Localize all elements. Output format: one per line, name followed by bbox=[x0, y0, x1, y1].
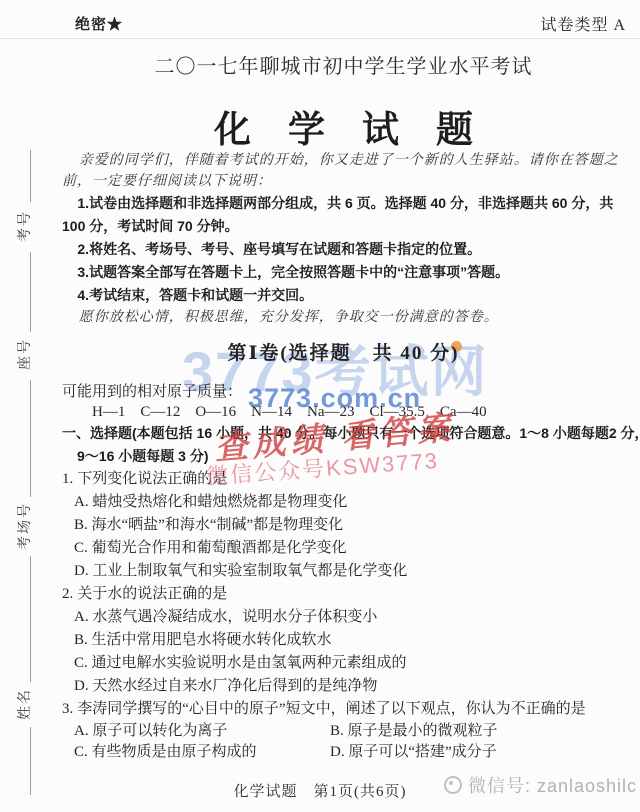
classification-label: 绝密★ bbox=[75, 13, 123, 34]
question-3-option-a: A. 原子可以转化为离子 bbox=[74, 721, 330, 742]
notice-item-2: 2.将姓名、考场号、考号、座号填写在试题和答题卡指定的位置。 bbox=[62, 238, 625, 261]
question-2: 2.关于水的说法正确的是 A. 水蒸气遇冷凝结成水，说明水分子体积变小 B. 生… bbox=[62, 583, 625, 698]
question-2-stem: 关于水的说法正确的是 bbox=[77, 586, 227, 602]
question-2-option-b: B. 生活中常用肥皂水将硬水转化成软水 bbox=[62, 629, 625, 652]
question-1-option-b: B. 海水“晒盐”和海水“制碱”都是物理变化 bbox=[62, 514, 625, 537]
atomic-mass-label: 可能用到的相对原子质量： bbox=[62, 382, 625, 402]
notice-item-3: 3.试题答案全部写在答题卡上，完全按照答题卡中的“注意事项”答题。 bbox=[62, 261, 625, 284]
question-2-option-d: D. 天然水经过自来水厂净化后得到的是纯净物 bbox=[62, 675, 625, 698]
question-3-number: 3. bbox=[62, 701, 73, 717]
question-1-stem: 下列变化说法正确的是 bbox=[77, 471, 227, 487]
subject-title: 化 学 试 题 bbox=[62, 99, 625, 153]
notice-item-1: 1.试卷由选择题和非选择题两部分组成，共 6 页。选择题 40 分，非选择题共 … bbox=[62, 192, 625, 238]
notice-item-4: 4.考试结束，答题卡和试题一并交回。 bbox=[62, 284, 625, 307]
question-3-option-d: D. 原子可以“搭建”成分子 bbox=[330, 742, 625, 763]
paper-type-label: 试卷类型 A bbox=[540, 12, 626, 35]
question-3-option-b: B. 原子是最小的微观粒子 bbox=[330, 721, 625, 742]
question-2-number: 2. bbox=[62, 586, 73, 602]
header-divider bbox=[0, 38, 640, 39]
question-2-option-c: C. 通过电解水实验说明水是由氢氧两种元素组成的 bbox=[62, 652, 625, 675]
seal-label-exam-number: 考号 bbox=[14, 196, 34, 256]
question-2-option-a: A. 水蒸气遇冷凝结成水，说明水分子体积变小 bbox=[62, 606, 625, 629]
exam-title: 二〇一七年聊城市初中学生学业水平考试 bbox=[62, 50, 625, 79]
seal-line-segment bbox=[30, 252, 31, 332]
paper-body: 亲爱的同学们，伴随着考试的开始，你又走进了一个新的人生驿站。请你在答题之前，一定… bbox=[62, 150, 625, 763]
mc-section-header-line2: 9～16 小题每题 3 分) bbox=[62, 445, 625, 468]
seal-line-segment bbox=[30, 150, 31, 202]
question-1-number: 1. bbox=[62, 471, 73, 487]
wechat-logo-icon bbox=[444, 776, 462, 794]
seal-line-segment bbox=[30, 380, 31, 497]
seal-label-name: 姓名 bbox=[14, 674, 34, 734]
seal-label-room-number: 考场号 bbox=[14, 496, 34, 556]
question-3-options: A. 原子可以转化为离子 B. 原子是最小的微观粒子 C. 有些物质是由原子构成… bbox=[62, 721, 625, 763]
wechat-id-label: 微信号: zanlaoshilc bbox=[468, 772, 637, 798]
question-1: 1.下列变化说法正确的是 A. 蜡烛受热熔化和蜡烛燃烧都是物理变化 B. 海水“… bbox=[62, 468, 625, 583]
question-3-stem: 李涛同学撰写的“心目中的原子”短文中，阐述了以下观点，你认为不正确的是 bbox=[77, 701, 585, 717]
notice-greeting: 亲爱的同学们，伴随着考试的开始，你又走进了一个新的人生驿站。请你在答题之前，一定… bbox=[62, 150, 625, 192]
question-1-option-c: C. 葡萄光合作用和葡萄酿酒都是化学变化 bbox=[62, 537, 625, 560]
atomic-mass-values: H—1 C—12 O—16 N—14 Na—23 Cl—35.5 Ca—40 bbox=[62, 402, 625, 422]
question-1-option-d: D. 工业上制取氧气和实验室制取氧气都是化学变化 bbox=[62, 560, 625, 583]
question-3-option-c: C. 有些物质是由原子构成的 bbox=[74, 742, 330, 763]
mc-section-header-line1: 一、选择题(本题包括 16 小题，共 40 分。每小题只有一个选项符合题意。1～… bbox=[62, 422, 625, 445]
seal-label-seat-number: 座号 bbox=[14, 324, 34, 384]
exam-paper-page: 3773考试网 3773.com.cn 查成绩 看答案 微信公众号KSW3773… bbox=[0, 0, 640, 812]
question-1-option-a: A. 蜡烛受热熔化和蜡烛燃烧都是物理变化 bbox=[62, 491, 625, 514]
seal-line-segment bbox=[30, 556, 31, 682]
section1-title: 第Ⅰ卷(选择题 共 40 分) bbox=[62, 341, 625, 367]
wechat-badge: 微信号: zanlaoshilc bbox=[444, 772, 637, 798]
notice-wish: 愿你放松心情，积极思维，充分发挥，争取交一份满意的答卷。 bbox=[62, 307, 625, 328]
question-3: 3.李涛同学撰写的“心目中的原子”短文中，阐述了以下观点，你认为不正确的是 A.… bbox=[62, 698, 625, 763]
